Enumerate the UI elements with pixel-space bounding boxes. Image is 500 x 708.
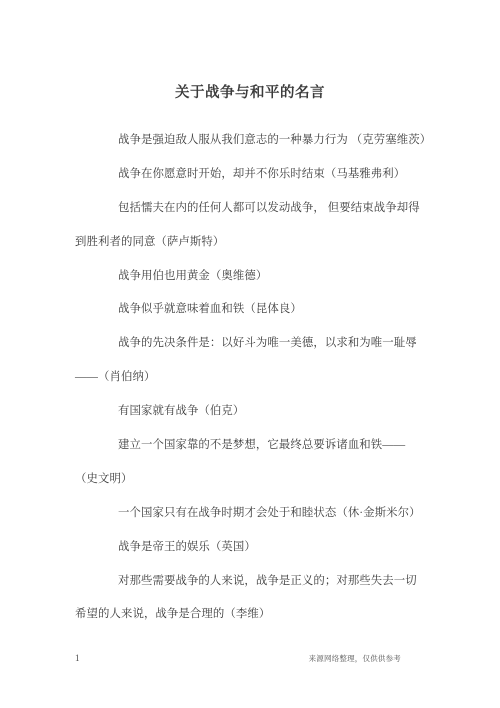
text-line: 一个国家只有在战争时期才会处于和睦状态（休·金斯米尔） (75, 497, 435, 531)
text-line: 对那些需要战争的人来说，战争是正义的；对那些失去一切 (75, 565, 435, 599)
source-note: 来源网络整理，仅供供参考 (309, 653, 401, 664)
text-line: 战争在你愿意时开始，却并不你乐时结束（马基雅弗利） (75, 158, 435, 192)
page-number: 1 (75, 653, 80, 663)
text-line: 战争似乎就意味着血和铁（昆体良） (75, 293, 435, 327)
page-title: 关于战争与和平的名言 (0, 81, 500, 102)
text-line: 有国家就有战争（伯克） (75, 395, 435, 429)
text-line: （史文明） (75, 463, 435, 497)
page-footer: 1 来源网络整理，仅供供参考 (75, 653, 401, 664)
text-line: 包括懦夫在内的任何人都可以发动战争， 但要结束战争却得 (75, 192, 435, 226)
text-line: 战争是强迫敌人服从我们意志的一种暴力行为 （克劳塞维茨） (75, 124, 435, 158)
text-line: 建立一个国家靠的不是梦想，它最终总要诉诸血和铁—— (75, 429, 435, 463)
document-lines: 战争是强迫敌人服从我们意志的一种暴力行为 （克劳塞维茨）战争在你愿意时开始，却并… (75, 124, 435, 632)
text-line: 战争用伯也用黄金（奥维德） (75, 260, 435, 294)
text-line: 到胜利者的同意（萨卢斯特） (75, 226, 435, 260)
text-line: ——（肖伯纳） (75, 361, 435, 395)
text-line: 战争是帝王的娱乐（英国） (75, 531, 435, 565)
text-line: 战争的先决条件是：以好斗为唯一美德，以求和为唯一耻辱 (75, 327, 435, 361)
text-line: 希望的人来说，战争是合理的（李维） (75, 598, 435, 632)
document-page: 关于战争与和平的名言 战争是强迫敌人服从我们意志的一种暴力行为 （克劳塞维茨）战… (0, 0, 500, 708)
